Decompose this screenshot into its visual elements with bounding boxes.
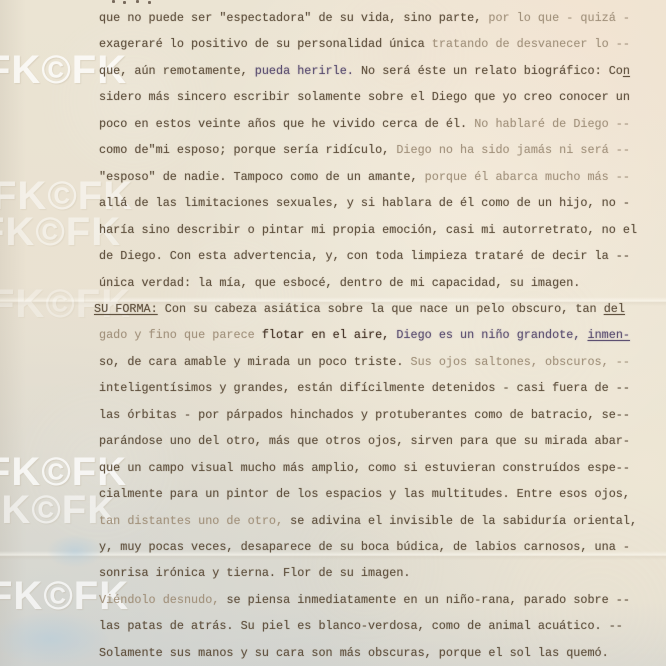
text-line: exageraré lo positivo de su personalidad… (99, 37, 630, 51)
text-run: tratando de desvanecer lo -- (432, 37, 630, 51)
text-line: poco en estos veinte años que he vivido … (99, 117, 630, 131)
text-run: las órbitas - por párpados hinchados y p… (99, 408, 630, 422)
text-line: de Diego. Con esta advertencia, y, con t… (99, 249, 630, 263)
text-run: de Diego. Con esta advertencia, y, con t… (99, 249, 630, 263)
text-run: so, de cara amable y mirada un poco tris… (99, 355, 411, 369)
text-run: Con su cabeza asiática sobre la que nace… (158, 302, 604, 316)
text-run: porque él abarca mucho más -- (425, 170, 630, 184)
text-run: SU FORMA: (94, 302, 158, 316)
text-run: n (623, 64, 630, 78)
typescript-text: que no puede ser "espectadora" de su vid… (0, 0, 666, 666)
text-run: Diego no ha sido jamás ni será -- (396, 143, 630, 157)
text-line: que, aún remotamente, pueda herirle. No … (99, 64, 630, 78)
text-run: que no puede ser "espectadora" de su vid… (99, 11, 488, 25)
text-run: que, aún remotamente, (99, 64, 255, 78)
text-run: del (604, 302, 625, 316)
text-run: tan distantes uno de otro, (99, 514, 290, 528)
text-line: las patas de atrás. Su piel es blanco-ve… (99, 619, 623, 633)
text-line: que un campo visual mucho más amplio, co… (99, 461, 630, 475)
text-line: las órbitas - por párpados hinchados y p… (99, 408, 630, 422)
text-line: única verdad: la mía, que esbocé, dentro… (99, 276, 580, 290)
text-line: allá de las limitaciones sexuales, y si … (99, 196, 630, 210)
text-run: única verdad: la mía, que esbocé, dentro… (99, 276, 580, 290)
text-run: como de"mi esposo; porque sería ridículo… (99, 143, 396, 157)
text-line: tan distantes uno de otro, se adivina el… (99, 514, 637, 528)
text-run: Solamente sus manos y su cara son más ob… (99, 646, 609, 660)
text-run: cialmente para un pintor de los espacios… (99, 487, 630, 501)
text-run: No hablaré de Diego -- (474, 117, 630, 131)
text-line: como de"mi esposo; porque sería ridículo… (99, 143, 630, 157)
text-run: exageraré lo positivo de su personalidad… (99, 37, 432, 51)
text-line: haría sino describir o pintar mi propia … (99, 223, 637, 237)
text-run: Viéndolo desnudo, (99, 593, 226, 607)
text-line: inteligentísimos y grandes, están difíci… (99, 381, 630, 395)
text-line: sidero más sincero escribir solamente so… (99, 90, 630, 104)
text-run: "esposo" de nadie. Tampoco como de un am… (99, 170, 425, 184)
text-run: No será éste un relato biográfico: Co (354, 64, 623, 78)
text-run: inteligentísimos y grandes, están difíci… (99, 381, 630, 395)
text-run: haría sino describir o pintar mi propia … (99, 223, 637, 237)
text-run: poco en estos veinte años que he vivido … (99, 117, 474, 131)
text-run: sonrisa irónica y tierna. Flor de su ima… (99, 566, 411, 580)
text-line: que no puede ser "espectadora" de su vid… (99, 11, 630, 25)
text-run: flotar en el aire, (262, 328, 397, 342)
text-line: Solamente sus manos y su cara son más ob… (99, 646, 609, 660)
text-run: parándose uno del otro, más que otros oj… (99, 434, 630, 448)
text-line: SU FORMA: Con su cabeza asiática sobre l… (94, 302, 625, 316)
text-run: Diego es un niño grandote, (396, 328, 587, 342)
text-line: "esposo" de nadie. Tampoco como de un am… (99, 170, 630, 184)
text-run: se adivina el invisible de la sabiduría … (290, 514, 637, 528)
text-line: cialmente para un pintor de los espacios… (99, 487, 630, 501)
text-line: y, muy pocas veces, desaparece de su boc… (99, 540, 630, 554)
text-run: inmen- (588, 328, 630, 342)
text-run: pueda herirle. (255, 64, 354, 78)
text-line: sonrisa irónica y tierna. Flor de su ima… (99, 566, 411, 580)
text-line: parándose uno del otro, más que otros oj… (99, 434, 630, 448)
text-run: gado y fino que parece (99, 328, 262, 342)
text-run: que un campo visual mucho más amplio, co… (99, 461, 630, 475)
text-run: por lo que - quizá - (488, 11, 630, 25)
text-line: so, de cara amable y mirada un poco tris… (99, 355, 630, 369)
text-line: gado y fino que parece flotar en el aire… (99, 328, 630, 342)
manuscript-page: FK©FKFK©FKFK©FKFK©FKFK©FKFK©FKFK©FK que … (0, 0, 666, 666)
text-line: Viéndolo desnudo, se piensa inmediatamen… (99, 593, 630, 607)
text-run: las patas de atrás. Su piel es blanco-ve… (99, 619, 623, 633)
text-run: Sus ojos saltones, obscuros, -- (411, 355, 630, 369)
text-run: sidero más sincero escribir solamente so… (99, 90, 630, 104)
text-run: y, muy pocas veces, desaparece de su boc… (99, 540, 630, 554)
text-run: allá de las limitaciones sexuales, y si … (99, 196, 630, 210)
text-run: se piensa inmediatamente en un niño-rana… (226, 593, 630, 607)
